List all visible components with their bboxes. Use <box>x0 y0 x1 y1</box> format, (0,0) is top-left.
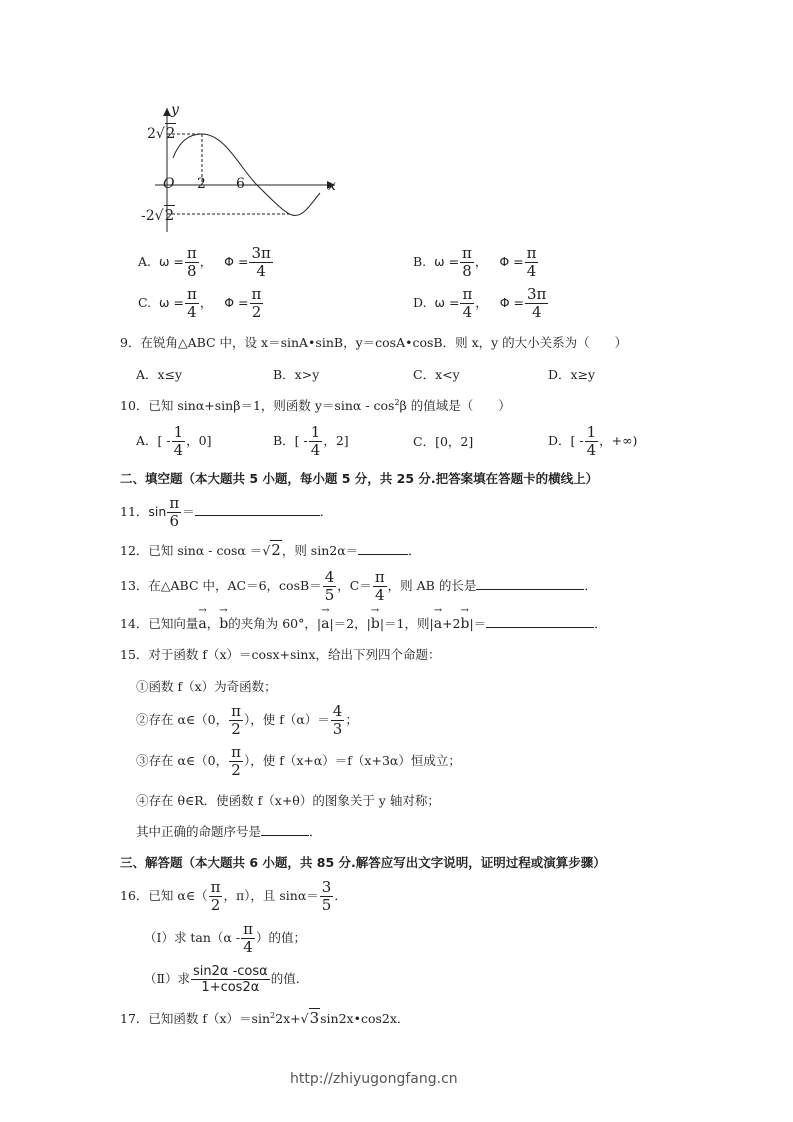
q13-answer-blank[interactable] <box>476 577 584 590</box>
y-max-label: 2√2 <box>147 124 176 142</box>
q10-stem: 10．已知 sinα+sinβ＝1，则函数 y＝sinα - cos2β 的值域… <box>120 396 511 414</box>
q13: 13．在△ABC 中，AC＝6，cosB＝45，C＝π4，则 AB 的长是． <box>120 570 597 603</box>
x-tick-6: 6 <box>236 176 245 192</box>
section-3-heading: 三、解答题（本大题共 6 小题，共 85 分.解答应写出文字说明，证明过程或演算… <box>120 853 606 871</box>
q11-answer-blank[interactable] <box>195 503 320 516</box>
q8-option-d[interactable]: D. ω =π4， Φ =3π4 <box>413 287 549 320</box>
q12: 12．已知 sinα - cosα ＝√2，则 sin2α＝． <box>120 541 421 559</box>
q15-stem: 15．对于函数 f（x）＝cosx+sinx，给出下列四个命题： <box>120 645 441 663</box>
q8-option-b[interactable]: B. ω =π8， Φ =π4 <box>413 246 539 279</box>
q15-proposition-1: ①函数 f（x）为奇函数； <box>136 677 277 695</box>
q9-option-b[interactable]: B．x>y <box>273 365 319 383</box>
q15-proposition-4: ④存在 θ∈R．使函数 f（x+θ）的图象关于 y 轴对称； <box>136 791 440 809</box>
q9-option-d[interactable]: D．x≥y <box>548 365 595 383</box>
q14: 14．已知向量a，b的夹角为 60°，|a|＝2，|b|＝1，则|a+2b|＝． <box>120 614 607 632</box>
section-2-heading: 二、填空题（本大题共 5 小题，每小题 5 分，共 25 分.把答案填在答题卡的… <box>120 469 598 487</box>
q16-part-1: （Ⅰ）求 tan（α -π4）的值； <box>144 922 306 955</box>
q10-option-a[interactable]: A．[ -14，0] <box>136 425 212 458</box>
footer-url[interactable]: http://zhiyugongfang.cn <box>290 1071 458 1087</box>
y-min-label: -2√2 <box>141 206 175 224</box>
q12-answer-blank[interactable] <box>358 542 408 555</box>
q8-option-c[interactable]: C. ω =π4， Φ =π2 <box>138 287 264 320</box>
q17: 17．已知函数 f（x）＝sin22x+√3sin2x•cos2x． <box>120 1009 409 1027</box>
sine-graph: y x O 2 6 2√2 -2√2 <box>135 100 345 235</box>
q15-answer-blank[interactable] <box>261 823 309 836</box>
q9-option-a[interactable]: A．x≤y <box>136 365 182 383</box>
q9-stem: 9．在锐角△ABC 中，设 x＝sinA•sinB，y＝cosA•cosB．则 … <box>120 333 627 351</box>
x-tick-2: 2 <box>197 176 206 192</box>
q14-answer-blank[interactable] <box>486 615 594 628</box>
q8-option-a[interactable]: A. ω =π8， Φ =3π4 <box>138 246 274 279</box>
q15-ask: 其中正确的命题序号是． <box>136 822 322 840</box>
origin-label: O <box>163 176 174 192</box>
q11: 11．sinπ6＝． <box>120 496 332 529</box>
q16-part-2: （Ⅱ）求sin2α -cosα1+cos2α的值． <box>144 965 308 994</box>
q10-option-c[interactable]: C．[0，2] <box>413 432 473 450</box>
q10-option-b[interactable]: B．[ -14，2] <box>273 425 349 458</box>
q10-option-d[interactable]: D．[ -14，+∞) <box>548 425 637 458</box>
q15-proposition-3: ③存在 α∈（0，π2），使 f（x+α）＝f（x+3α）恒成立； <box>136 745 461 778</box>
q16-stem: 16．已知 α∈（π2，π），且 sinα＝35． <box>120 880 347 913</box>
q9-option-c[interactable]: C．x<y <box>413 365 460 383</box>
y-axis-label: y <box>171 102 179 118</box>
x-axis-label: x <box>328 178 336 194</box>
q15-proposition-2: ②存在 α∈（0，π2），使 f（α）＝43； <box>136 704 358 737</box>
